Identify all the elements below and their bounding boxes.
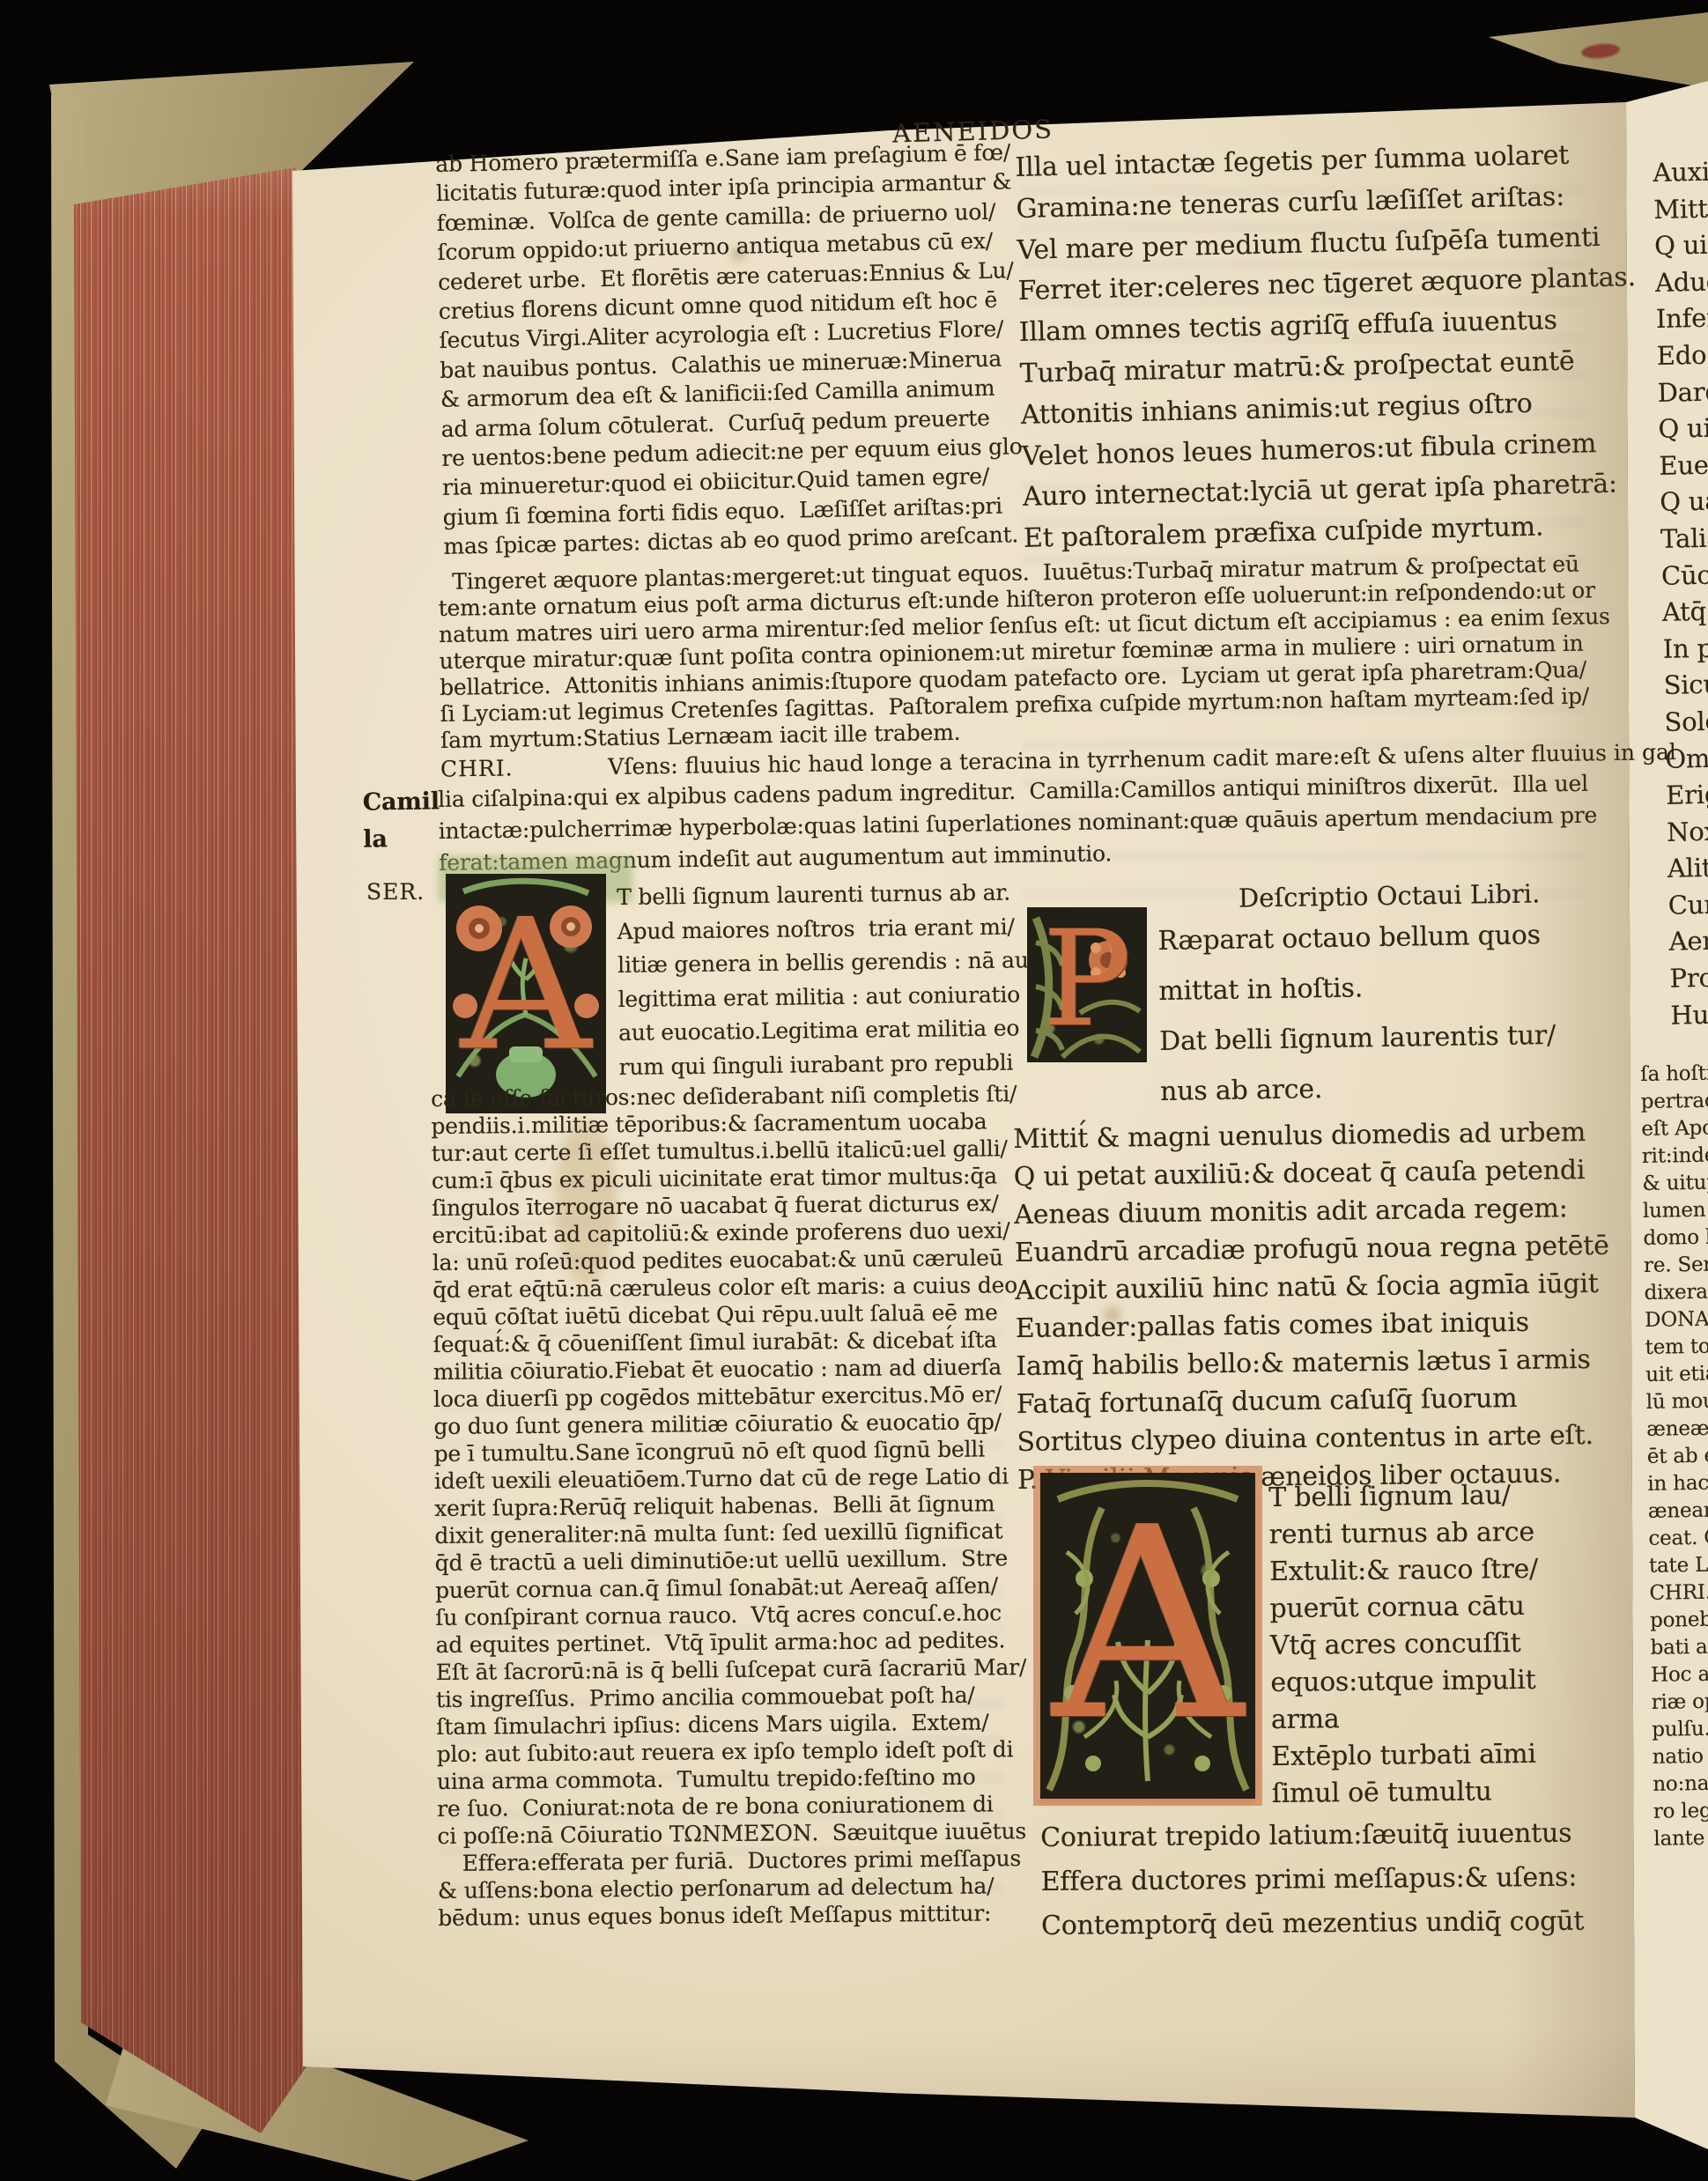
commentary-column-bottom-left: ca ſe eſſe facturos:nec deſiderabant niſ… [431, 1080, 1029, 1932]
text-line: Mitti [1653, 189, 1708, 228]
text-line: Edoce [1656, 336, 1708, 375]
text-line: rit:inde [1642, 1142, 1708, 1171]
commentary-column-top-left: ab Homero prætermiſſa e.Sane iam preſagi… [435, 137, 1024, 561]
text-line: lumen ac [1643, 1196, 1708, 1225]
text-line: domo la [1643, 1224, 1708, 1253]
text-line: pertract [1641, 1087, 1708, 1116]
ser-label-text: SER. [366, 879, 425, 905]
text-line: T belli ſignum laurenti turnus ab ar. [617, 876, 1037, 914]
text-line: Effera ductores primi meſſapus:& uſens: [1040, 1856, 1583, 1904]
margin-note-camilla: Camilla [362, 783, 440, 858]
text-line: re. Sera [1644, 1251, 1708, 1280]
text-line: Aenea [1668, 922, 1708, 961]
ser-indented-lines: T belli ſignum laurenti turnus ab ar.Apu… [617, 876, 1039, 1084]
text-line: & uitupe [1642, 1169, 1708, 1198]
chri-label-text: CHRI. [440, 755, 514, 781]
text-line: Inferr [1655, 299, 1708, 338]
text-line: æneam:ſ [1648, 1497, 1708, 1526]
text-line: lū mouea [1645, 1387, 1708, 1416]
text-line: Omnia [1665, 739, 1708, 778]
commentary-block-middle: Tingeret æquore plantas:mergeret:ut ting… [438, 551, 1612, 754]
text-line: Cum p [1667, 886, 1708, 925]
text-line: CHRI. [1649, 1578, 1708, 1608]
text-line: pulſu. T [1652, 1715, 1708, 1744]
text-line: Sicut a [1663, 666, 1708, 705]
text-line: ceat. Cu [1648, 1524, 1708, 1553]
text-line: Extēplo turbati aīmi [1271, 1736, 1540, 1776]
text-line: equos:utque impulit [1270, 1662, 1539, 1702]
text-line: Atq̄ a [1661, 593, 1708, 632]
text-line: T belli ſignum lau/ [1268, 1477, 1537, 1517]
text-line: æneæ ut [1646, 1415, 1708, 1444]
incunabulum-book-photo: AENEIDOS ab Homero prætermiſſa e.Sane ia… [0, 0, 1708, 2181]
text-line: Contemptorq̄ deū mezentius undiq̄ cogūt [1041, 1900, 1584, 1948]
text-line: ponebat b [1650, 1606, 1708, 1635]
descriptio-heading-text: Deſcriptio Octaui Libri. [1238, 878, 1541, 913]
text-line: eſt Apol [1641, 1114, 1708, 1143]
text-line: puerūt cornua cātu [1269, 1588, 1538, 1628]
text-line: ro legione [1653, 1797, 1708, 1826]
incipit-full-lines: Coniurat trepido latium:ſæuitq̄ iuuentus… [1040, 1812, 1584, 1948]
book-cover-top-right-edge [1409, 0, 1708, 106]
margin-note-ser: SER. [366, 879, 425, 905]
margin-note-line: la [363, 820, 440, 858]
text-line: Alituū [1667, 849, 1708, 888]
chri-label: CHRI. [440, 755, 514, 781]
text-line: Iamq̄ habilis bello:& maternis lætus ī a… [1016, 1341, 1610, 1386]
text-line: renti turnus ab arce [1268, 1514, 1537, 1554]
initial-letter: A [461, 896, 591, 1076]
text-line: Extulit:& rauco ſtre/ [1269, 1551, 1538, 1591]
text-line: Hoc aute [1651, 1660, 1708, 1689]
text-line: uit etiam [1645, 1360, 1708, 1389]
descriptio-heading: Deſcriptio Octaui Libri. [1238, 878, 1541, 913]
margin-note-line: Camil [362, 783, 440, 821]
text-line: Dat belli ſignum laurentis tur/ [1159, 1010, 1556, 1067]
text-line: dixerat d [1644, 1278, 1708, 1307]
text-line: bēdum: unus eques bonus ideſt Meſſapus m… [438, 1899, 1029, 1932]
text-line: Q ui [1654, 226, 1708, 265]
argument-verse-lines: Mittit́ & magni uenulus diomedis ad urbe… [1013, 1113, 1612, 1499]
text-line: In part [1662, 629, 1708, 668]
text-line: DONA [1645, 1305, 1708, 1334]
text-line: Huic c [1670, 995, 1708, 1034]
decorated-initial-P: P [1027, 907, 1147, 1062]
text-line: in hac re. [1647, 1469, 1708, 1498]
text-line: Ræparat octauo bellum quos [1157, 910, 1555, 966]
text-line: Vtq̄ acres concuſſit [1270, 1625, 1539, 1665]
text-line: ēt ab exte [1647, 1442, 1708, 1471]
text-line: no:nam i [1653, 1770, 1708, 1799]
text-line: Q uar [1660, 483, 1708, 521]
text-line: legittima erat militia : aut coniuratio [617, 978, 1038, 1017]
text-line: Coniurat trepido latium:ſæuitq̄ iuuentus [1040, 1812, 1583, 1860]
text-line: tem totiu [1645, 1333, 1708, 1362]
text-line: lante Ver [1653, 1824, 1708, 1853]
text-line: riæ opera [1651, 1688, 1708, 1717]
initial-letter: P [1043, 913, 1132, 1046]
text-line: Nox er [1667, 812, 1708, 851]
text-line: Apud maiores noſtros tria erant mi/ [617, 910, 1037, 949]
text-line: Cūcta [1661, 556, 1708, 595]
text-line: tate Laur [1649, 1551, 1708, 1580]
book-argument-lines: Ræparat octauo bellum quosmittat in hoſt… [1157, 910, 1556, 1117]
decorated-initial-A-ser: A [446, 874, 606, 1113]
text-line: mittat in hoſtis. [1158, 960, 1556, 1017]
text-line: Sole re [1664, 703, 1708, 742]
text-line: Q uic [1658, 410, 1708, 448]
text-line: arma [1271, 1699, 1540, 1739]
text-line: Adue [1655, 263, 1708, 302]
text-line: Euent [1659, 447, 1708, 485]
verse-column-top-right: Illa uel intactæ ſegetis per ſumma uolar… [1015, 134, 1642, 560]
text-line: Darda [1657, 373, 1708, 411]
text-line: litiæ genera in bellis gerendis : nā aut [617, 943, 1038, 982]
text-line: rum qui ſinguli iurabant pro republi [618, 1046, 1039, 1084]
text-line: natio & c [1653, 1742, 1708, 1771]
incipit-side-lines: T belli ſignum lau/renti turnus ab arceE… [1268, 1477, 1541, 1813]
initial-letter: A [1053, 1493, 1244, 1757]
text-line: Erigitu [1666, 776, 1708, 815]
text-line: bati anim [1650, 1633, 1708, 1662]
decorated-initial-A-incipit: A [1040, 1473, 1255, 1799]
text-line: ſa hoſti [1640, 1060, 1708, 1089]
text-line: aut euocatio.Legitima erat militia eo [618, 1012, 1039, 1051]
text-line: Procul [1669, 959, 1708, 998]
text-line: nus ab arce. [1160, 1061, 1557, 1117]
text-line: Auxil [1653, 153, 1708, 192]
text-line: ſimul oē tumultu [1272, 1773, 1541, 1813]
text-line: Talia [1660, 520, 1708, 558]
